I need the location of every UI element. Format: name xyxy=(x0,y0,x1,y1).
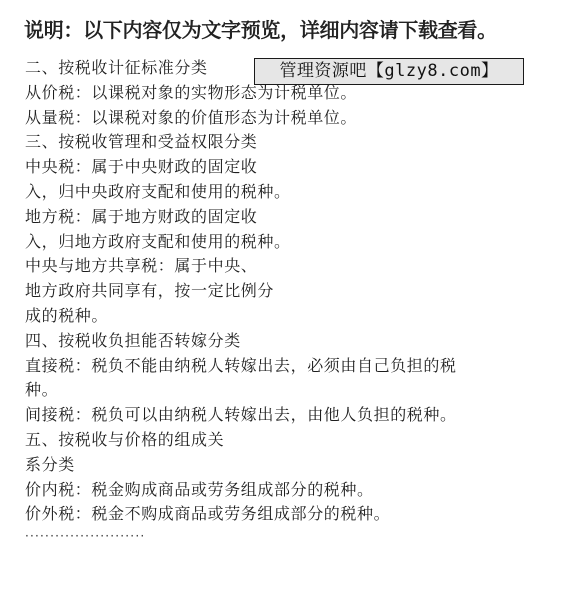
text-line: 系分类 xyxy=(25,453,545,478)
section-heading-5: 五、按税收与价格的组成关 xyxy=(25,428,545,453)
text-line: 中央税：属于中央财政的固定收 xyxy=(25,155,545,180)
text-line: 入，归中央政府支配和使用的税种。 xyxy=(25,180,545,205)
document-body: 二、按税收计征标准分类 从价税：以课税对象的实物形态为计税单位。 从量税：以课税… xyxy=(25,56,545,543)
text-line: 价内税：税金购成商品或劳务组成部分的税种。 xyxy=(25,478,545,503)
text-line: 直接税：税负不能由纳税人转嫁出去，必须由自己负担的税 xyxy=(25,354,545,379)
watermark-label: 管理资源吧【glzy8.com】 xyxy=(254,58,524,85)
text-line: 种。 xyxy=(25,378,545,403)
text-line: 成的税种。 xyxy=(25,304,545,329)
text-line: 从量税：以课税对象的价值形态为计税单位。 xyxy=(25,106,545,131)
text-line: 地方税：属于地方财政的固定收 xyxy=(25,205,545,230)
text-line: 间接税：税负可以由纳税人转嫁出去，由他人负担的税种。 xyxy=(25,403,545,428)
text-line: 中央与地方共享税：属于中央、 xyxy=(25,254,545,279)
section-heading-4: 四、按税收负担能否转嫁分类 xyxy=(25,329,545,354)
page-title: 说明：以下内容仅为文字预览，详细内容请下载查看。 xyxy=(24,17,497,43)
continuation-ellipsis: ························ xyxy=(25,529,545,543)
text-line: 地方政府共同享有，按一定比例分 xyxy=(25,279,545,304)
text-line: 入，归地方政府支配和使用的税种。 xyxy=(25,230,545,255)
section-heading-3: 三、按税收管理和受益权限分类 xyxy=(25,130,545,155)
text-line: 价外税：税金不购成商品或劳务组成部分的税种。 xyxy=(25,502,545,527)
